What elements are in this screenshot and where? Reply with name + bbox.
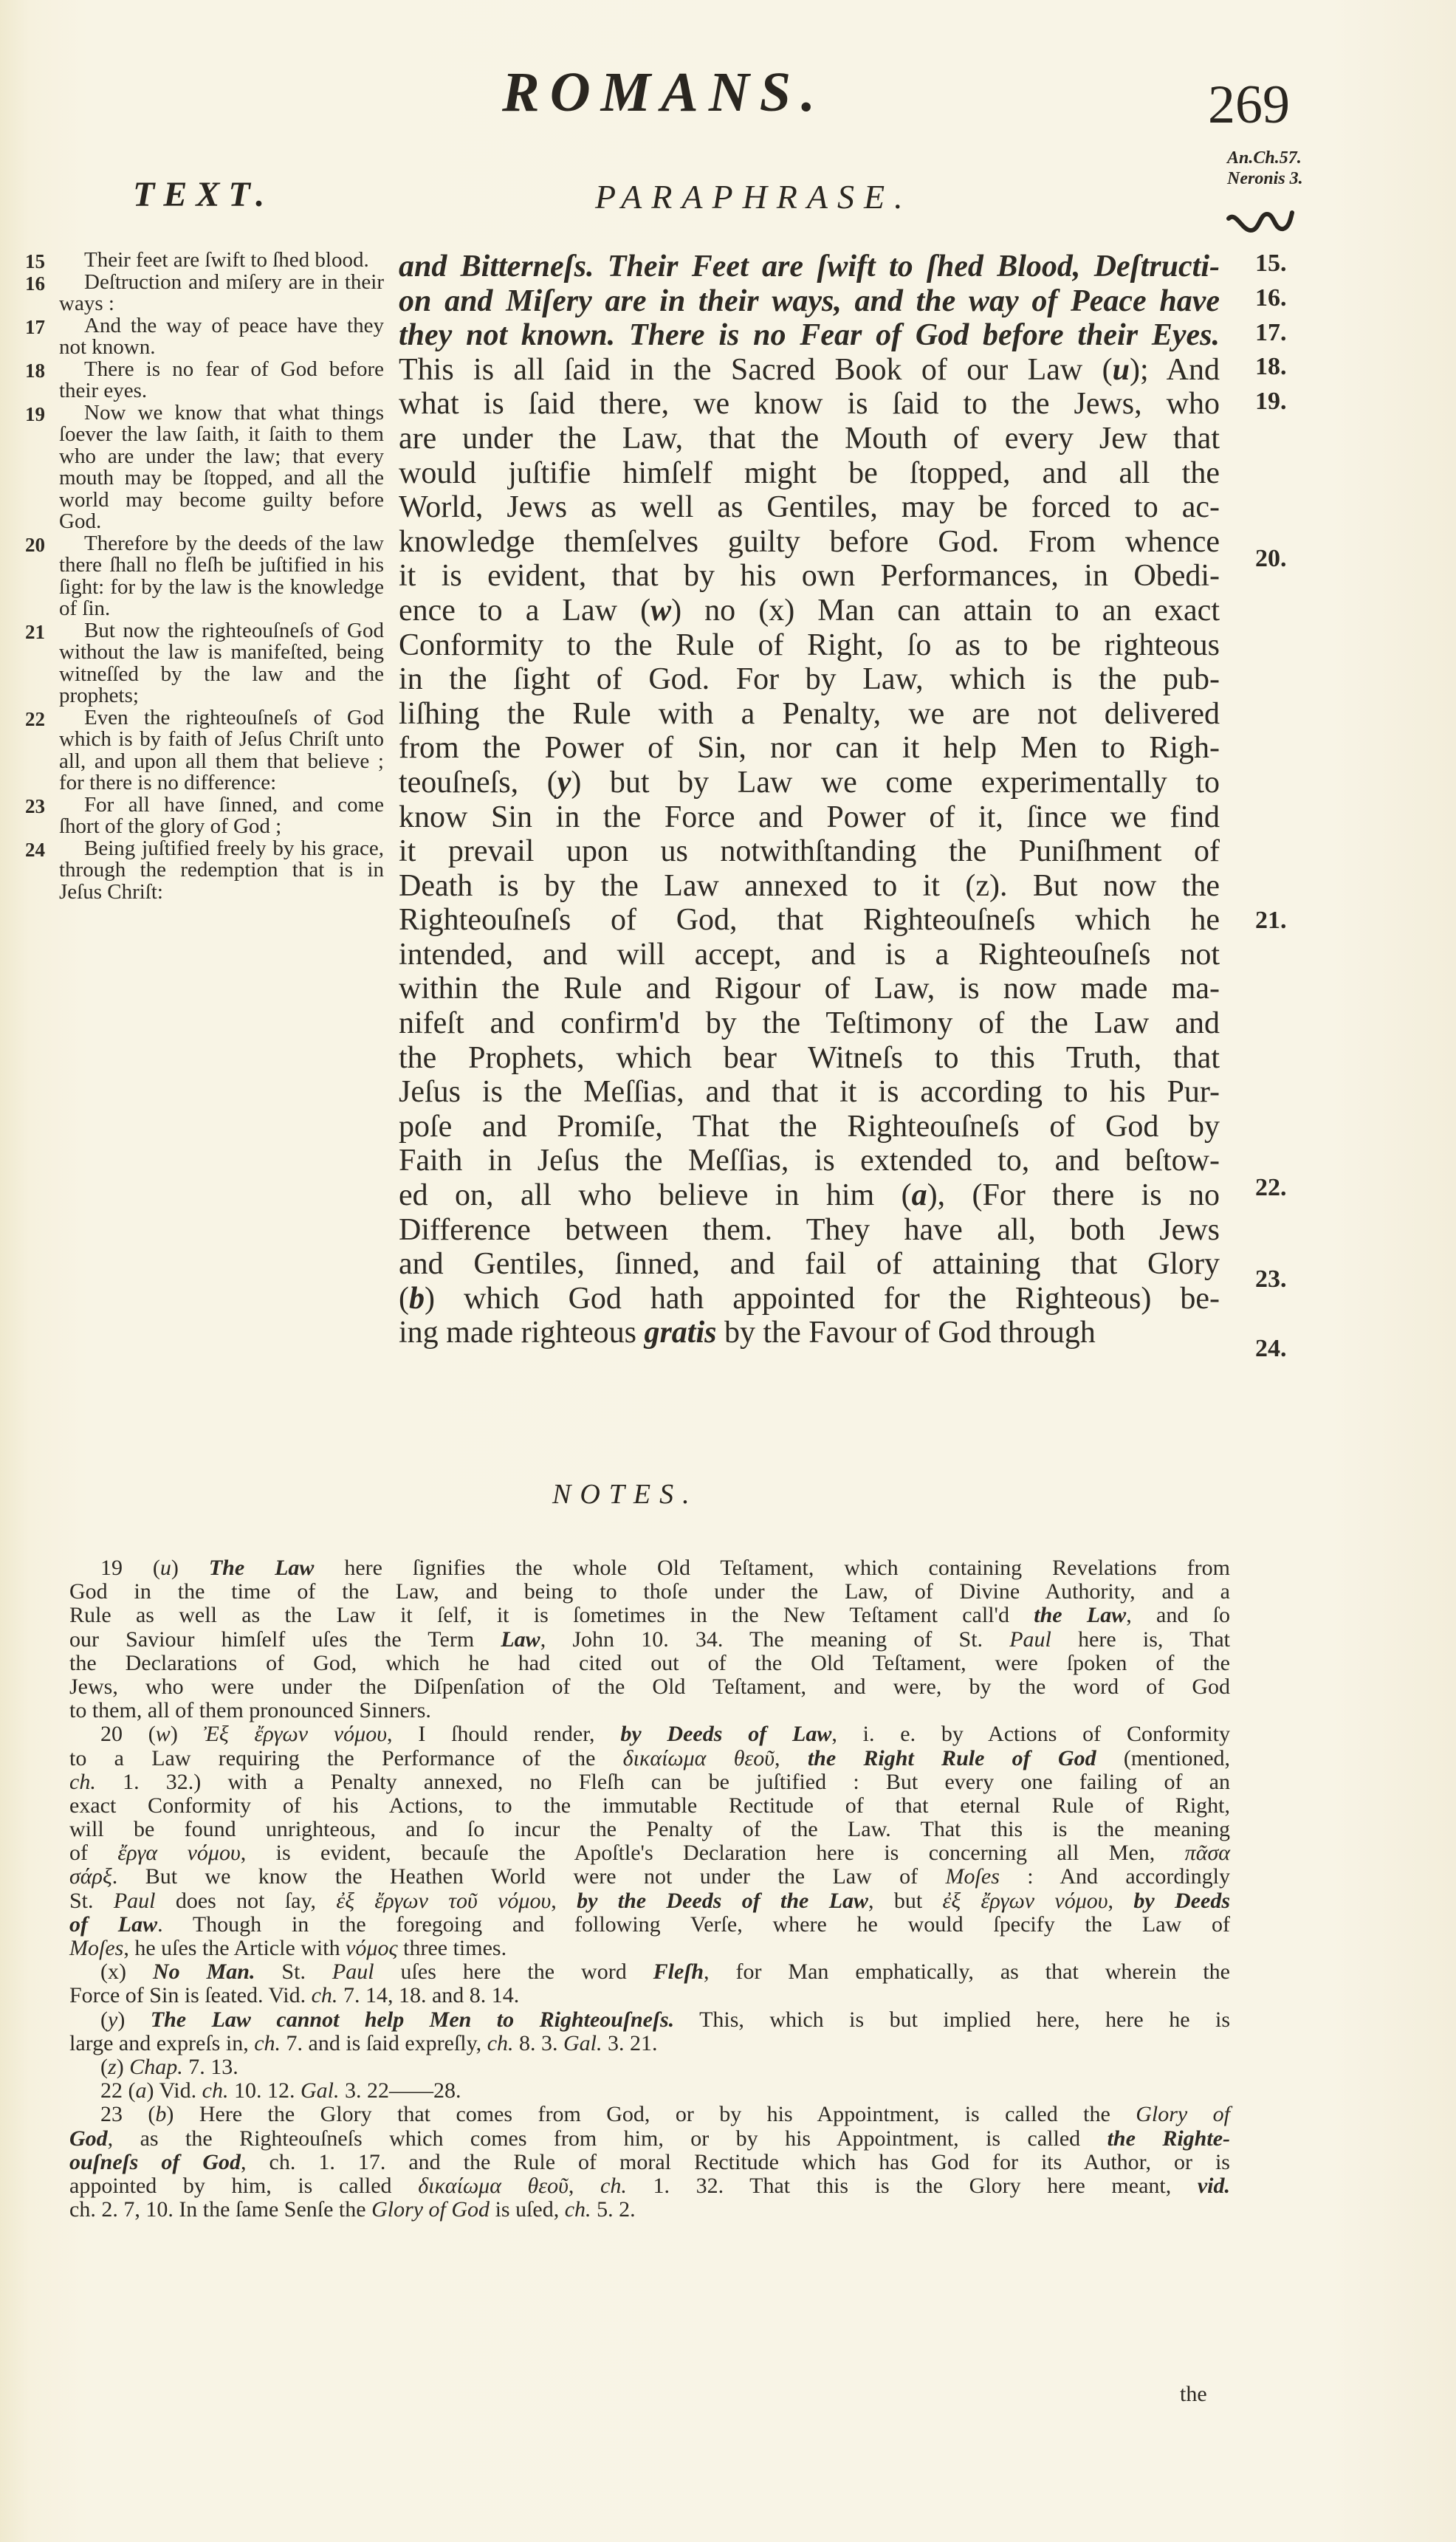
paraphrase-line: Jeſus is the Meſſias, and that it is acc… — [399, 1075, 1220, 1110]
note-text: δικαίωμα θεοῦ — [418, 2174, 569, 2198]
note-text: , I ſhould render, — [387, 1722, 620, 1746]
paraphrase-text: nifeſt and confirm'd by the Teſtimony of… — [399, 1006, 1220, 1040]
note-text: ) — [171, 1556, 209, 1580]
margin-verse-number: 18. — [1255, 353, 1287, 381]
verse-number: 23 — [25, 796, 45, 818]
note-text: 7. and is ſaid expreſly, — [281, 2031, 487, 2055]
note-text: σάρξ — [69, 1864, 112, 1889]
paraphrase-text: know Sin in the Force and Power of it, ſ… — [399, 800, 1220, 834]
verse-text: And the way of peace have they not known… — [59, 315, 384, 359]
note-line: (x) No Man. St. Paul uſes here the word … — [69, 1960, 1230, 1984]
note-text: : And accordingly — [1000, 1864, 1230, 1889]
notes-section: 19 (u) The Law here ſignifies the whole … — [69, 1556, 1230, 2222]
note-text: ch. — [312, 1983, 338, 2007]
note-text: 22 ( — [100, 2078, 136, 2103]
note-text: ) Here the Glory that comes from God, or… — [166, 2102, 1136, 2126]
note-text: 7. 14, 18. and 8. 14. — [337, 1983, 519, 2007]
note-text: Rule as well as the Law it ſelf, it is ſ… — [69, 1603, 1034, 1627]
note-line: of Law. Though in the foregoing and foll… — [69, 1913, 1230, 1937]
note-text: St. — [255, 1959, 332, 1984]
note-text: w — [156, 1722, 171, 1746]
paraphrase-text: ); And — [1130, 353, 1220, 387]
note-text: Chap. — [129, 2055, 183, 2079]
note-text: Glory of God — [371, 2197, 490, 2222]
note-text: ouſneſs of God — [69, 2150, 241, 2174]
paraphrase-text: it prevail upon us notwithſtanding the P… — [399, 834, 1220, 868]
note-text: ch. — [254, 2031, 281, 2055]
verse-text: Even the righteouſneſs of God which is b… — [59, 707, 384, 794]
catchword: the — [1180, 2382, 1207, 2407]
note-text: 10. 12. — [228, 2078, 301, 2103]
paraphrase-text: and Gentiles, ſinned, and fail of attain… — [399, 1247, 1220, 1281]
note-text: ch. — [487, 2031, 514, 2055]
paraphrase-text: would juſtifie himſelf might be ſtopped,… — [399, 456, 1220, 490]
note-text: 19 ( — [100, 1556, 160, 1580]
note-text: large and expreſs in, — [69, 2031, 254, 2055]
paraphrase-text: intended, and will accept, and is a Righ… — [399, 938, 1220, 972]
margin-verse-number: 22. — [1255, 1174, 1287, 1202]
note-text: to a Law requiring the Performance of th… — [69, 1746, 623, 1770]
note-text: , — [569, 2174, 600, 2198]
paraphrase-line: nifeſt and confirm'd by the Teſtimony of… — [399, 1006, 1220, 1041]
paraphrase-italic-text: a — [912, 1178, 927, 1212]
note-text: the Declarations of God, which he had ci… — [69, 1651, 1230, 1675]
note-text: Law — [501, 1627, 540, 1652]
note-text: of Law — [69, 1912, 157, 1937]
note-text: ch. — [600, 2174, 627, 2198]
verse-number: 17 — [25, 317, 45, 339]
column-heading-text: TEXT. — [133, 174, 273, 215]
note-text: (mentioned, — [1096, 1746, 1230, 1770]
note-text: three times. — [398, 1936, 506, 1960]
paraphrase-text: from the Power of Sin, nor can it help M… — [399, 731, 1220, 765]
note-text: ( — [100, 2007, 108, 2032]
note-text: does not ſay, — [156, 1889, 337, 1913]
verse-entry: 22Even the righteouſneſs of God which is… — [25, 707, 384, 794]
verse-entry: 18There is no fear of God before their e… — [25, 359, 384, 402]
note-text: ἔργα νόμου — [117, 1841, 240, 1865]
paraphrase-line: and Bitterneſs. Their Feet are ſwift to … — [399, 250, 1220, 284]
paraphrase-line: World, Jews as well as Gentiles, may be … — [399, 490, 1220, 525]
note-text: Force of Sin is ſeated. Vid. — [69, 1983, 312, 2007]
note-line: 19 (u) The Law here ſignifies the whole … — [69, 1556, 1230, 1580]
paraphrase-text: by the Favour of God through — [716, 1316, 1095, 1350]
note-text: , John 10. 34. The meaning of St. — [540, 1627, 1010, 1652]
paraphrase-italic-text: w — [650, 594, 671, 628]
note-line: Jews, who were under the Diſpenſation of… — [69, 1675, 1230, 1699]
note-text: Moſes — [946, 1864, 1000, 1889]
note-line: exact Conformity of his Actions, to the … — [69, 1794, 1230, 1818]
margin-verse-number: 20. — [1255, 545, 1287, 573]
note-line: the Declarations of God, which he had ci… — [69, 1652, 1230, 1675]
note-line: our Saviour himſelf uſes the Term Law, J… — [69, 1628, 1230, 1652]
paraphrase-line: in the ſight of God. For by Law, which i… — [399, 662, 1220, 697]
note-text: , he uſes the Article with — [123, 1936, 346, 1960]
note-text: Paul — [1009, 1627, 1051, 1652]
note-text: God in the time of the Law, and being to… — [69, 1579, 1230, 1604]
verse-text: For all have ſinned, and come ſhort of t… — [59, 794, 384, 838]
note-text: . Though in the foregoing and following … — [157, 1912, 1230, 1937]
note-text: 7. 13. — [183, 2055, 238, 2079]
verse-entry: 24Being juſtified freely by his grace, t… — [25, 838, 384, 904]
verse-entry: 23For all have ſinned, and come ſhort of… — [25, 794, 384, 838]
paraphrase-line: and Gentiles, ſinned, and fail of attain… — [399, 1247, 1220, 1282]
neronis-year: Neronis 3. — [1227, 168, 1303, 189]
note-text: , and ſo — [1126, 1603, 1230, 1627]
paraphrase-text: ing made righteous — [399, 1316, 644, 1350]
note-text: by Deeds of Law — [620, 1722, 831, 1746]
verse-entry: 16Deſtruction and miſery are in their wa… — [25, 272, 384, 315]
paraphrase-text: in the ſight of God. For by Law, which i… — [399, 662, 1220, 696]
note-text: the Right Rule of God — [808, 1746, 1096, 1770]
paraphrase-text: liſhing the Rule with a Penalty, we are … — [399, 697, 1220, 731]
note-line: God, as the Righteouſneſs which comes fr… — [69, 2127, 1230, 2151]
verse-number: 22 — [25, 709, 45, 731]
note-line: σάρξ. But we know the Heathen World were… — [69, 1865, 1230, 1889]
note-text: (x) — [100, 1959, 153, 1984]
note-text: our Saviour himſelf uſes the Term — [69, 1627, 501, 1652]
note-text: ἐξ ἔργων τοῦ νόμου — [336, 1889, 551, 1913]
note-text: , for Man emphatically, as that wherein … — [704, 1959, 1230, 1984]
note-text: ἐξ ἔργων νόμου — [943, 1889, 1108, 1913]
note-text: 3. 21. — [602, 2031, 658, 2055]
paraphrase-text: it is evident, that by his own Performan… — [399, 559, 1220, 593]
note-text: appointed by him, is called — [69, 2174, 418, 2198]
paraphrase-line: teouſneſs, (y) but by Law we come experi… — [399, 766, 1220, 800]
date-marginal-note: An.Ch.57. Neronis 3. — [1227, 148, 1303, 189]
paraphrase-italic-text: u — [1113, 353, 1130, 387]
paraphrase-text: ence to a Law ( — [399, 594, 650, 628]
paraphrase-text: ), (For there is no — [927, 1178, 1220, 1212]
paraphrase-italic-text: b — [409, 1282, 425, 1316]
note-text: the Righte- — [1108, 2126, 1230, 2151]
note-text: z — [108, 2055, 117, 2079]
paraphrase-line: ence to a Law (w) no (x) Man can attain … — [399, 594, 1220, 628]
verse-number: 15 — [25, 251, 45, 273]
note-text: , is evident, becauſe the Apoſtle's Decl… — [241, 1841, 1185, 1865]
paraphrase-text: Righteouſneſs of God, that Righteouſneſs… — [399, 903, 1220, 937]
note-text: will be found unrighteous, and ſo incur … — [69, 1817, 1230, 1841]
verse-text: Their feet are ſwift to ſhed blood. — [59, 250, 384, 272]
note-text: ) — [171, 1722, 204, 1746]
verse-text: There is no fear of God before their eye… — [59, 359, 384, 402]
paraphrase-line: what is ſaid there, we know is ſaid to t… — [399, 387, 1220, 422]
note-text: Gal. — [301, 2078, 340, 2103]
paraphrase-text: Death is by the Law annexed to it (z). B… — [399, 869, 1220, 903]
note-text: ( — [100, 2055, 108, 2079]
note-text: 20 ( — [100, 1722, 156, 1746]
verse-entry: 21But now the righteouſneſs of God witho… — [25, 620, 384, 707]
note-text: ch. — [565, 2197, 591, 2222]
note-text: Gal. — [563, 2031, 602, 2055]
note-text: exact Conformity of his Actions, to the … — [69, 1793, 1230, 1818]
note-text: , as the Righteouſneſs which comes from … — [108, 2126, 1108, 2151]
note-text: No Man. — [153, 1959, 255, 1984]
note-line: Force of Sin is ſeated. Vid. ch. 7. 14, … — [69, 1984, 1230, 2007]
note-text: u — [160, 1556, 171, 1580]
verse-number: 18 — [25, 360, 45, 382]
paraphrase-text: Faith in Jeſus the Meſſias, is extended … — [399, 1144, 1220, 1178]
note-text: ch. — [202, 2078, 229, 2103]
verse-number: 16 — [25, 273, 45, 295]
paraphrase-line: Conformity to the Rule of Right, ſo as t… — [399, 628, 1220, 663]
wavy-ornament-icon — [1226, 208, 1295, 238]
paraphrase-text: knowledge themſelves guilty before God. … — [399, 525, 1220, 559]
paraphrase-line: would juſtifie himſelf might be ſtopped,… — [399, 456, 1220, 491]
note-text: y — [108, 2007, 117, 2032]
note-line: Rule as well as the Law it ſelf, it is ſ… — [69, 1604, 1230, 1627]
note-line: large and expreſs in, ch. 7. and is ſaid… — [69, 2032, 1230, 2055]
margin-verse-number: 15. — [1255, 250, 1287, 278]
margin-verse-number: 19. — [1255, 388, 1287, 416]
note-line: St. Paul does not ſay, ἐξ ἔργων τοῦ νόμο… — [69, 1889, 1230, 1913]
note-text: 8. 3. — [514, 2031, 564, 2055]
paraphrase-text: This is all ſaid in the Sacred Book of o… — [399, 353, 1113, 387]
margin-verse-number: 16. — [1255, 284, 1287, 312]
paraphrase-line: the Prophets, which bear Witneſs to this… — [399, 1041, 1220, 1076]
paraphrase-text: the Prophets, which bear Witneſs to this… — [399, 1041, 1220, 1075]
note-text: Ἐξ ἔργων νόμου — [204, 1722, 387, 1746]
note-text: ) — [117, 2007, 150, 2032]
paraphrase-line: This is all ſaid in the Sacred Book of o… — [399, 353, 1220, 388]
paraphrase-text: are under the Law, that the Mouth of eve… — [399, 422, 1220, 456]
note-line: will be found unrighteous, and ſo incur … — [69, 1818, 1230, 1841]
book-page: ROMANS. 269 TEXT. PARAPHRASE. An.Ch.57. … — [0, 0, 1456, 2542]
verse-number: 21 — [25, 622, 45, 644]
note-text: by Deeds — [1133, 1889, 1230, 1913]
note-text: a — [136, 2078, 147, 2103]
paraphrase-line: Righteouſneſs of God, that Righteouſneſs… — [399, 903, 1220, 938]
paraphrase-line: are under the Law, that the Mouth of eve… — [399, 422, 1220, 456]
paraphrase-line: within the Rule and Rigour of Law, is no… — [399, 972, 1220, 1006]
paraphrase-italic-text: on and Miſery are in their ways, and the… — [399, 284, 1220, 318]
note-text: Paul — [332, 1959, 374, 1984]
paraphrase-text: ) no (x) Man can attain to an exact — [671, 594, 1220, 628]
paraphrase-line: it prevail upon us notwithſtanding the P… — [399, 834, 1220, 869]
note-text: the Law — [1034, 1603, 1126, 1627]
note-line: God in the time of the Law, and being to… — [69, 1580, 1230, 1604]
note-text: 3. 22——28. — [339, 2078, 461, 2103]
verse-entry: 17And the way of peace have they not kno… — [25, 315, 384, 359]
note-text: Glory of — [1136, 2102, 1230, 2126]
paraphrase-italic-text: y — [557, 766, 571, 800]
note-text: The Law — [209, 1556, 315, 1580]
paraphrase-text: within the Rule and Rigour of Law, is no… — [399, 972, 1220, 1006]
note-text: b — [155, 2102, 166, 2126]
note-line: 22 (a) Vid. ch. 10. 12. Gal. 3. 22——28. — [69, 2079, 1230, 2103]
paraphrase-text: ed on, all who believe in him ( — [399, 1178, 912, 1212]
note-text: Fleſh — [653, 1959, 704, 1984]
paraphrase-text: Difference between them. They have all, … — [399, 1213, 1220, 1247]
note-text: ) Vid. — [147, 2078, 202, 2103]
note-text: ) — [117, 2055, 130, 2079]
margin-verse-number: 24. — [1255, 1335, 1287, 1363]
note-text: . But we know the Heathen World were not… — [112, 1864, 946, 1889]
notes-heading: NOTES. — [552, 1478, 698, 1511]
paraphrase-line: intended, and will accept, and is a Righ… — [399, 938, 1220, 972]
paraphrase-line: knowledge themſelves guilty before God. … — [399, 525, 1220, 560]
note-line: (z) Chap. 7. 13. — [69, 2055, 1230, 2079]
note-text: , ch. 1. 17. and the Rule of moral Recti… — [241, 2150, 1230, 2174]
verse-text: But now the righteouſneſs of God without… — [59, 620, 384, 707]
note-text: , — [1108, 1889, 1134, 1913]
note-text: vid. — [1198, 2174, 1230, 2198]
note-text: 5. 2. — [591, 2197, 636, 2222]
note-text: by the Deeds of the Law — [577, 1889, 868, 1913]
paraphrase-text: World, Jews as well as Gentiles, may be … — [399, 490, 1220, 524]
verse-text: Being juſtified freely by his grace, thr… — [59, 838, 384, 904]
note-line: of ἔργα νόμου, is evident, becauſe the A… — [69, 1841, 1230, 1865]
column-heading-paraphrase: PARAPHRASE. — [595, 177, 913, 216]
paraphrase-line: it is evident, that by his own Performan… — [399, 559, 1220, 594]
note-text: This, which is but implied here, here he… — [674, 2007, 1230, 2032]
note-line: to a Law requiring the Performance of th… — [69, 1747, 1230, 1770]
note-text: uſes here the word — [374, 1959, 653, 1984]
paraphrase-italic-text: gratis — [644, 1316, 716, 1350]
margin-verse-number: 23. — [1255, 1265, 1287, 1294]
note-text: δικαίωμα θεοῦ — [623, 1746, 775, 1770]
paraphrase-text: teouſneſs, ( — [399, 766, 557, 800]
paraphrase-line: poſe and Promiſe, That the Righteouſneſs… — [399, 1110, 1220, 1144]
note-text: is uſed, — [490, 2197, 565, 2222]
note-line: 20 (w) Ἐξ ἔργων νόμου, I ſhould render, … — [69, 1722, 1230, 1746]
note-text: νόμος — [346, 1936, 398, 1960]
note-line: to them, all of them pronounced Sinners. — [69, 1699, 1230, 1722]
verse-entry: 20Therefore by the deeds of the law ther… — [25, 533, 384, 620]
paraphrase-text: ( — [399, 1282, 409, 1316]
verse-number: 24 — [25, 839, 45, 862]
verse-entry: 15Their feet are ſwift to ſhed blood. — [25, 250, 384, 272]
paraphrase-line: ed on, all who believe in him (a), (For … — [399, 1178, 1220, 1213]
note-text: 1. 32. That this is the Glory here meant… — [627, 2174, 1198, 2198]
margin-verse-number: 17. — [1255, 319, 1287, 347]
note-text: St. — [69, 1889, 114, 1913]
anno-christi: An.Ch.57. — [1227, 148, 1303, 168]
paraphrase-column: and Bitterneſs. Their Feet are ſwift to … — [399, 250, 1220, 1350]
verse-text: Therefore by the deeds of the law there … — [59, 533, 384, 620]
note-text: here is, That — [1051, 1627, 1230, 1652]
note-line: ouſneſs of God, ch. 1. 17. and the Rule … — [69, 2151, 1230, 2174]
margin-verse-number: 21. — [1255, 907, 1287, 935]
note-text: of — [69, 1841, 117, 1865]
paraphrase-line: Difference between them. They have all, … — [399, 1213, 1220, 1248]
paraphrase-text: what is ſaid there, we know is ſaid to t… — [399, 387, 1220, 421]
note-text: 23 ( — [100, 2102, 155, 2126]
page-number: 269 — [1208, 74, 1290, 137]
note-line: appointed by him, is called δικαίωμα θεο… — [69, 2174, 1230, 2198]
scripture-text-column: 15Their feet are ſwift to ſhed blood.16D… — [25, 250, 384, 903]
verse-entry: 19Now we know that what things ſoever th… — [25, 402, 384, 533]
note-text: God — [69, 2126, 108, 2151]
note-text: ch. 2. 7, 10. In the ſame Senſe the — [69, 2197, 371, 2222]
note-text: Jews, who were under the Diſpenſation of… — [69, 1674, 1230, 1699]
running-title: ROMANS. — [502, 61, 825, 125]
paraphrase-line: on and Miſery are in their ways, and the… — [399, 284, 1220, 319]
paraphrase-text: ) which God hath appointed for the Right… — [425, 1282, 1220, 1316]
paraphrase-line: Death is by the Law annexed to it (z). B… — [399, 869, 1220, 904]
note-line: ch. 1. 32.) with a Penalty annexed, no F… — [69, 1770, 1230, 1794]
note-line: Moſes, he uſes the Article with νόμος th… — [69, 1937, 1230, 1960]
note-text: , but — [868, 1889, 943, 1913]
note-text: ch. — [69, 1770, 96, 1794]
paraphrase-text: ) but by Law we come experimentally to — [571, 766, 1220, 800]
note-text: here ſignifies the whole Old Teſtament, … — [314, 1556, 1230, 1580]
paraphrase-line: liſhing the Rule with a Penalty, we are … — [399, 697, 1220, 732]
note-text: The Law cannot help Men to Righteouſneſs… — [151, 2007, 674, 2032]
note-line: ch. 2. 7, 10. In the ſame Senſe the Glor… — [69, 2198, 1230, 2222]
verse-number: 20 — [25, 535, 45, 557]
paraphrase-line: ing made righteous gratis by the Favour … — [399, 1316, 1220, 1350]
paraphrase-line: Faith in Jeſus the Meſſias, is extended … — [399, 1144, 1220, 1178]
paraphrase-line: from the Power of Sin, nor can it help M… — [399, 731, 1220, 766]
note-text: , — [551, 1889, 577, 1913]
paraphrase-line: (b) which God hath appointed for the Rig… — [399, 1282, 1220, 1316]
note-text: πᾶσα — [1185, 1841, 1230, 1865]
note-line: (y) The Law cannot help Men to Righteouſ… — [69, 2008, 1230, 2032]
verse-text: Deſtruction and miſery are in their ways… — [59, 272, 384, 315]
note-text: to them, all of them pronounced Sinners. — [69, 1698, 431, 1722]
paraphrase-text: poſe and Promiſe, That the Righteouſneſs… — [399, 1110, 1220, 1144]
note-text: , i. e. by Actions of Conformity — [831, 1722, 1230, 1746]
paraphrase-line: know Sin in the Force and Power of it, ſ… — [399, 800, 1220, 835]
verse-number: 19 — [25, 404, 45, 426]
note-line: 23 (b) Here the Glory that comes from Go… — [69, 2103, 1230, 2126]
paraphrase-text: Jeſus is the Meſſias, and that it is acc… — [399, 1075, 1220, 1109]
verse-text: Now we know that what things ſoever the … — [59, 402, 384, 533]
note-text: Paul — [114, 1889, 156, 1913]
paraphrase-italic-text: and Bitterneſs. Their Feet are ſwift to … — [399, 250, 1220, 284]
paraphrase-text: Conformity to the Rule of Right, ſo as t… — [399, 628, 1220, 662]
paraphrase-line: they not known. There is no Fear of God … — [399, 318, 1220, 353]
note-text: 1. 32.) with a Penalty annexed, no Fleſh… — [96, 1770, 1230, 1794]
paraphrase-italic-text: they not known. There is no Fear of God … — [399, 318, 1220, 352]
note-text: Moſes — [69, 1936, 123, 1960]
note-text: , — [775, 1746, 808, 1770]
